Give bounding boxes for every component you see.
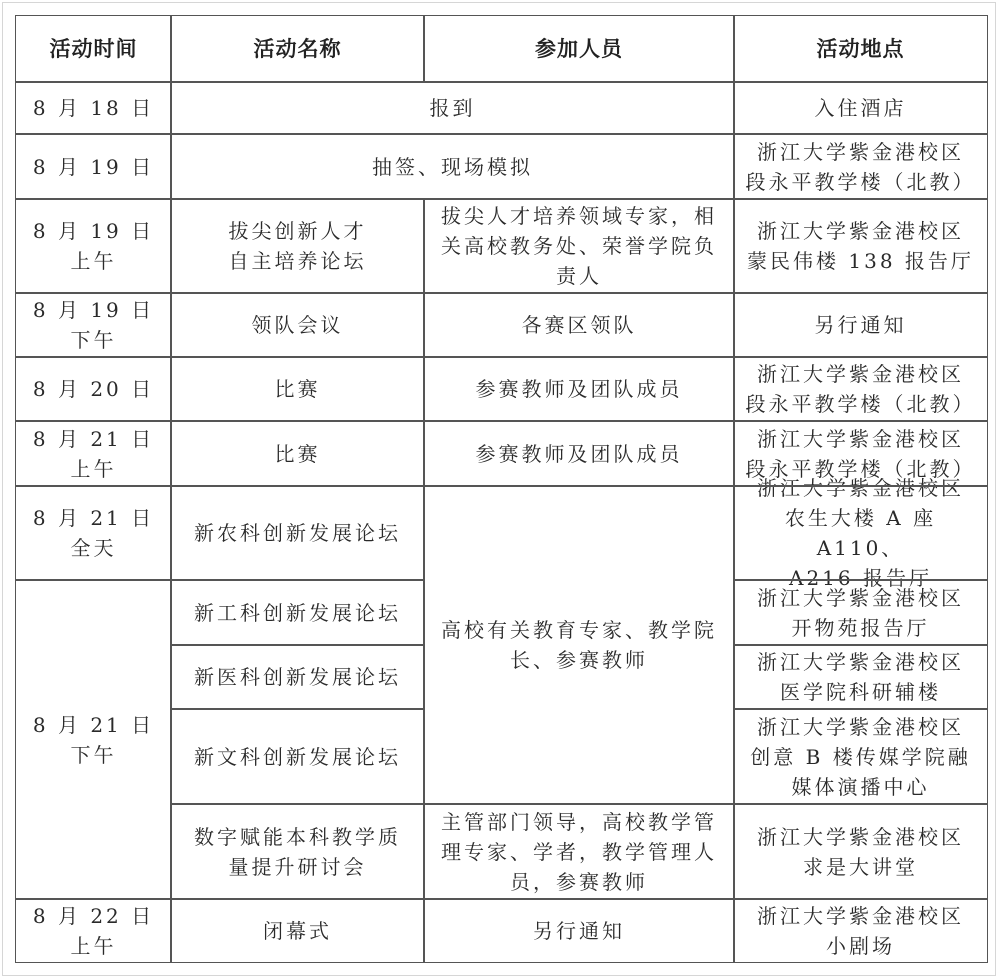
cell-text: 浙江大学紫金港校区 段永平教学楼（北教）: [746, 359, 976, 419]
schedule-table: 活动时间 活动名称 参加人员 活动地点 8 月 18 日 报到 入住酒店 8 月…: [15, 15, 988, 963]
row-5-location: 浙江大学紫金港校区 段永平教学楼（北教）: [734, 357, 987, 421]
row-9-location: 浙江大学紫金港校区 医学院科研辅楼: [734, 645, 987, 709]
row-7-name: 新农科创新发展论坛: [171, 486, 424, 580]
row-divider: [733, 708, 987, 710]
cell-text: 高校有关教育专家、教学院 长、参赛教师: [441, 615, 717, 675]
cell-text: 拔尖创新人才 自主培养论坛: [229, 216, 367, 276]
cell-text: 8 月 21 日 上午: [33, 424, 154, 484]
cell-text: 浙江大学紫金港校区 小剧场: [757, 901, 964, 961]
row-divider: [170, 708, 424, 710]
cell-text: 比赛: [275, 374, 321, 404]
row-4-participants: 各赛区领队: [424, 293, 734, 357]
header-time: 活动时间: [16, 16, 171, 82]
cell-text: 抽签、现场模拟: [372, 152, 533, 182]
row-divider: [170, 803, 987, 805]
cell-text: 另行通知: [533, 916, 625, 946]
col-divider-1: [170, 16, 172, 962]
row-11-location: 浙江大学紫金港校区 求是大讲堂: [734, 804, 987, 899]
cell-text: 8 月 22 日 上午: [33, 901, 154, 961]
cell-text: 浙江大学紫金港校区 创意 B 楼传媒学院融 媒体演播中心: [750, 712, 970, 802]
cell-text: 报到: [430, 93, 476, 123]
merged-participants-forums: 高校有关教育专家、教学院 长、参赛教师: [424, 486, 734, 804]
cell-text: 主管部门领导，高校教学管 理专家、学者，教学管理人 员，参赛教师: [441, 807, 717, 897]
row-12-location: 浙江大学紫金港校区 小剧场: [734, 899, 987, 962]
row-3-name: 拔尖创新人才 自主培养论坛: [171, 199, 424, 293]
row-8-name: 新工科创新发展论坛: [171, 580, 424, 645]
row-12-time: 8 月 22 日 上午: [16, 899, 171, 962]
cell-text: 数字赋能本科教学质 量提升研讨会: [194, 822, 401, 882]
cell-text: 浙江大学紫金港校区 医学院科研辅楼: [757, 647, 964, 707]
cell-text: 浙江大学紫金港校区 求是大讲堂: [757, 822, 964, 882]
row-7-time: 8 月 21 日 全天: [16, 486, 171, 580]
row-divider: [16, 485, 987, 487]
cell-text: 8 月 20 日: [33, 374, 154, 404]
row-5-time: 8 月 20 日: [16, 357, 171, 421]
cell-text: 参赛教师及团队成员: [476, 439, 683, 469]
row-2-time: 8 月 19 日: [16, 134, 171, 199]
cell-text: 入住酒店: [815, 93, 907, 123]
row-12-participants: 另行通知: [424, 899, 734, 962]
row-1-name: 报到: [171, 82, 734, 134]
row-7-location: 浙江大学紫金港校区 农生大楼 A 座 A110、 A216 报告厅: [734, 486, 987, 580]
header-location: 活动地点: [734, 16, 987, 82]
merged-time-afternoon: 8 月 21 日 下午: [16, 580, 171, 899]
col-divider-2: [423, 199, 425, 962]
row-divider: [16, 292, 987, 294]
row-divider: [16, 898, 987, 900]
cell-text: 新工科创新发展论坛: [194, 598, 401, 628]
cell-text: 拔尖人才培养领域专家，相 关高校教务处、荣誉学院负 责人: [441, 201, 717, 291]
row-divider: [16, 420, 987, 422]
row-4-name: 领队会议: [171, 293, 424, 357]
cell-text: 新文科创新发展论坛: [194, 742, 401, 772]
cell-text: 8 月 21 日 下午: [33, 710, 154, 770]
row-1-location: 入住酒店: [734, 82, 987, 134]
row-3-participants: 拔尖人才培养领域专家，相 关高校教务处、荣誉学院负 责人: [424, 199, 734, 293]
row-divider: [733, 644, 987, 646]
row-12-name: 闭幕式: [171, 899, 424, 962]
row-11-participants: 主管部门领导，高校教学管 理专家、学者，教学管理人 员，参赛教师: [424, 804, 734, 899]
cell-text: 浙江大学紫金港校区 农生大楼 A 座 A110、 A216 报告厅: [740, 473, 981, 593]
cell-text: 8 月 19 日 下午: [33, 295, 154, 355]
row-8-location: 浙江大学紫金港校区 开物苑报告厅: [734, 580, 987, 645]
cell-text: 8 月 21 日 全天: [33, 503, 154, 563]
cell-text: 8 月 18 日: [33, 93, 154, 123]
row-4-location: 另行通知: [734, 293, 987, 357]
row-10-name: 新文科创新发展论坛: [171, 709, 424, 804]
row-divider: [733, 579, 987, 581]
row-3-location: 浙江大学紫金港校区 蒙民伟楼 138 报告厅: [734, 199, 987, 293]
row-1-time: 8 月 18 日: [16, 82, 171, 134]
row-10-location: 浙江大学紫金港校区 创意 B 楼传媒学院融 媒体演播中心: [734, 709, 987, 804]
row-divider: [16, 579, 424, 581]
row-divider: [16, 356, 987, 358]
cell-text: 浙江大学紫金港校区 蒙民伟楼 138 报告厅: [747, 216, 974, 276]
header-name-label: 活动名称: [254, 34, 342, 64]
row-6-name: 比赛: [171, 421, 424, 486]
cell-text: 新农科创新发展论坛: [194, 518, 401, 548]
cell-text: 8 月 19 日: [33, 152, 154, 182]
col-divider-3: [733, 16, 735, 962]
row-5-participants: 参赛教师及团队成员: [424, 357, 734, 421]
row-6-participants: 参赛教师及团队成员: [424, 421, 734, 486]
row-divider: [16, 81, 987, 83]
cell-text: 浙江大学紫金港校区 开物苑报告厅: [757, 583, 964, 643]
row-divider: [170, 644, 424, 646]
header-time-label: 活动时间: [50, 34, 138, 64]
header-name: 活动名称: [171, 16, 424, 82]
header-participants-label: 参加人员: [535, 34, 623, 64]
row-4-time: 8 月 19 日 下午: [16, 293, 171, 357]
header-participants: 参加人员: [424, 16, 734, 82]
cell-text: 闭幕式: [263, 916, 332, 946]
row-3-time: 8 月 19 日 上午: [16, 199, 171, 293]
cell-text: 参赛教师及团队成员: [476, 374, 683, 404]
row-5-name: 比赛: [171, 357, 424, 421]
row-divider: [16, 133, 987, 135]
row-2-location: 浙江大学紫金港校区 段永平教学楼（北教）: [734, 134, 987, 199]
cell-text: 8 月 19 日 上午: [33, 216, 154, 276]
cell-text: 各赛区领队: [522, 310, 637, 340]
row-2-name: 抽签、现场模拟: [171, 134, 734, 199]
cell-text: 另行通知: [815, 310, 907, 340]
cell-text: 浙江大学紫金港校区 段永平教学楼（北教）: [746, 137, 976, 197]
col-divider-2-header: [423, 16, 425, 82]
cell-text: 比赛: [275, 439, 321, 469]
cell-text: 领队会议: [252, 310, 344, 340]
row-6-time: 8 月 21 日 上午: [16, 421, 171, 486]
row-11-name: 数字赋能本科教学质 量提升研讨会: [171, 804, 424, 899]
header-location-label: 活动地点: [817, 34, 905, 64]
row-divider: [16, 198, 987, 200]
row-9-name: 新医科创新发展论坛: [171, 645, 424, 709]
cell-text: 新医科创新发展论坛: [194, 662, 401, 692]
